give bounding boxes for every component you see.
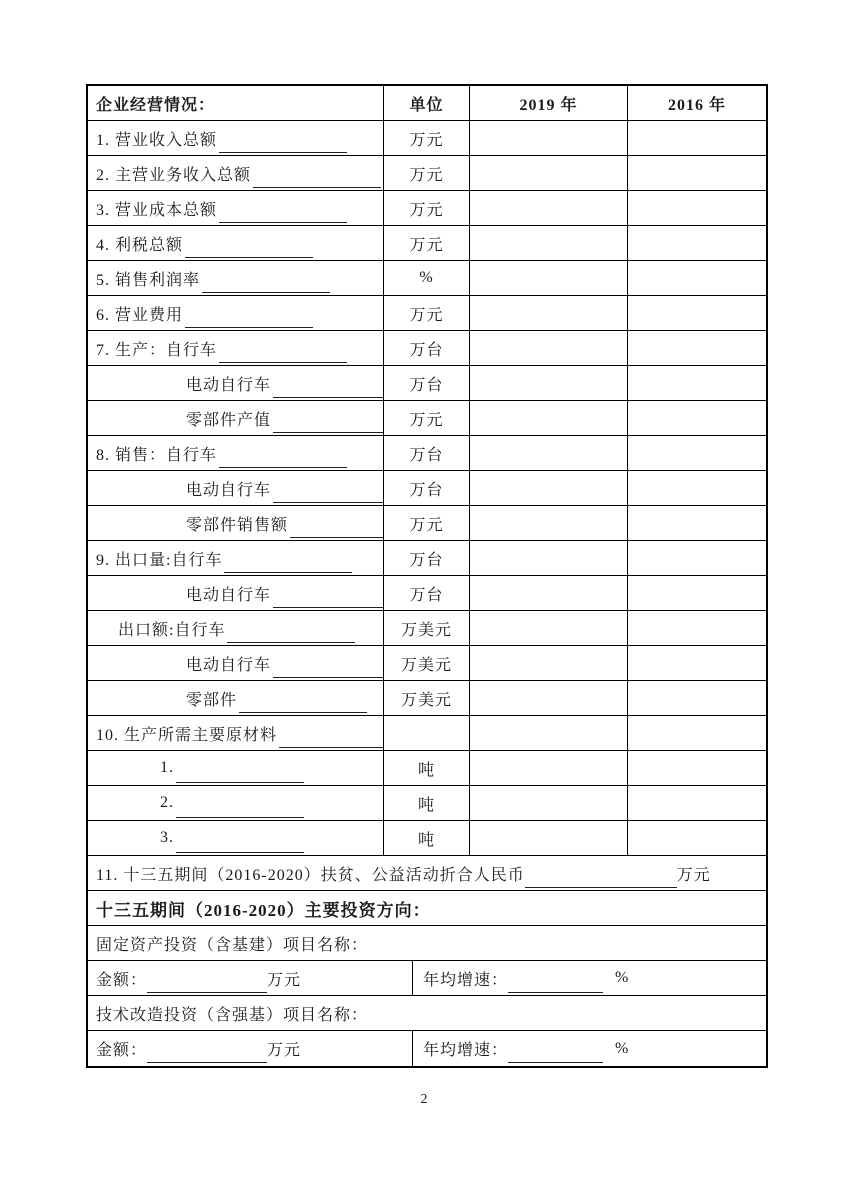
row-label: 10. 生产所需主要原材料 — [96, 722, 277, 745]
row-label: 3. 营业成本总额 — [96, 197, 217, 220]
fill-in-line — [290, 523, 384, 538]
row-label-cell: 9. 出口量:自行车 — [88, 541, 384, 575]
row-unit: 万台 — [384, 541, 470, 575]
row-unit: 万美元 — [384, 646, 470, 680]
value-2016-cell — [628, 646, 766, 680]
value-2016-cell — [628, 611, 766, 645]
value-2016-cell — [628, 191, 766, 225]
growth-label: 年均增速： — [423, 1037, 508, 1060]
table-header-row: 企业经营情况： 单位 2019 年 2016 年 — [88, 86, 766, 121]
fill-in-line — [279, 733, 384, 748]
row-label-cell: 1. — [88, 751, 384, 785]
fill-in-line — [202, 278, 330, 293]
amount-cell: 金额： 万元 — [88, 961, 413, 995]
value-2019-cell — [470, 156, 628, 190]
project-name-row: 技术改造投资（含强基）项目名称： — [88, 996, 766, 1031]
column-header-2019: 2019 年 — [470, 86, 628, 120]
growth-cell: 年均增速： % — [413, 1031, 766, 1066]
row-label-cell: 零部件销售额 — [88, 506, 384, 540]
table-row: 2. 吨 — [88, 786, 766, 821]
amount-fill-in-line — [147, 1048, 267, 1063]
fill-in-line — [176, 838, 304, 853]
amount-fill-in-line — [147, 978, 267, 993]
table-row: 1. 营业收入总额 万元 — [88, 121, 766, 156]
value-2019-cell — [470, 436, 628, 470]
growth-cell: 年均增速： % — [413, 961, 766, 995]
fill-in-line — [219, 348, 347, 363]
row-unit: 万元 — [384, 121, 470, 155]
row-label-cell: 零部件产值 — [88, 401, 384, 435]
fill-in-line — [185, 243, 313, 258]
row-label: 1. — [160, 759, 174, 777]
row-unit: 万台 — [384, 436, 470, 470]
row-label: 电动自行车 — [186, 372, 271, 395]
row-label: 3. — [160, 829, 174, 847]
amount-label: 金额： — [96, 967, 147, 990]
fill-in-line — [227, 628, 355, 643]
row-label: 零部件 — [186, 687, 237, 710]
value-2019-cell — [470, 541, 628, 575]
enterprise-info-table: 企业经营情况： 单位 2019 年 2016 年 1. 营业收入总额 万元 2.… — [86, 84, 768, 1068]
value-2019-cell — [470, 331, 628, 365]
value-2016-cell — [628, 226, 766, 260]
table-row: 零部件 万美元 — [88, 681, 766, 716]
value-2016-cell — [628, 716, 766, 750]
growth-label: 年均增速： — [423, 967, 508, 990]
row-label-cell: 2. — [88, 786, 384, 820]
value-2019-cell — [470, 786, 628, 820]
row-label: 6. 营业费用 — [96, 302, 183, 325]
project-name-label: 技术改造投资（含强基）项目名称： — [88, 996, 766, 1030]
row-label-cell: 电动自行车 — [88, 471, 384, 505]
value-2016-cell — [628, 401, 766, 435]
value-2016-cell — [628, 331, 766, 365]
row-label-cell: 电动自行车 — [88, 366, 384, 400]
row-label-cell: 7. 生产：自行车 — [88, 331, 384, 365]
amount-growth-row: 金额： 万元 年均增速： % — [88, 961, 766, 996]
fill-in-line — [273, 418, 384, 433]
row-11-fill-in-line — [525, 873, 677, 888]
row-label: 电动自行车 — [186, 477, 271, 500]
row-label: 7. 生产：自行车 — [96, 337, 217, 360]
page-number: 2 — [0, 1092, 848, 1108]
fill-in-line — [253, 173, 381, 188]
value-2019-cell — [470, 366, 628, 400]
value-2019-cell — [470, 261, 628, 295]
row-label: 1. 营业收入总额 — [96, 127, 217, 150]
row-label-cell: 3. — [88, 821, 384, 855]
amount-unit: 万元 — [267, 967, 301, 990]
row-unit: 吨 — [384, 786, 470, 820]
row-label-cell: 4. 利税总额 — [88, 226, 384, 260]
row-11-unit: 万元 — [677, 862, 711, 885]
table-row: 电动自行车 万台 — [88, 576, 766, 611]
value-2016-cell — [628, 471, 766, 505]
row-unit: 万元 — [384, 506, 470, 540]
row-unit: 万台 — [384, 366, 470, 400]
row-label-cell: 3. 营业成本总额 — [88, 191, 384, 225]
value-2019-cell — [470, 506, 628, 540]
value-2019-cell — [470, 226, 628, 260]
row-unit: 万元 — [384, 226, 470, 260]
row-label-cell: 2. 主营业务收入总额 — [88, 156, 384, 190]
row-label: 电动自行车 — [186, 582, 271, 605]
row-label-cell: 电动自行车 — [88, 646, 384, 680]
amount-growth-row: 金额： 万元 年均增速： % — [88, 1031, 766, 1066]
row-label: 5. 销售利润率 — [96, 267, 200, 290]
table-row: 出口额:自行车 万美元 — [88, 611, 766, 646]
table-row: 3. 营业成本总额 万元 — [88, 191, 766, 226]
row-unit: 万台 — [384, 471, 470, 505]
row-label: 9. 出口量:自行车 — [96, 547, 222, 570]
value-2019-cell — [470, 821, 628, 855]
row-label-cell: 出口额:自行车 — [88, 611, 384, 645]
table-row: 9. 出口量:自行车 万台 — [88, 541, 766, 576]
fill-in-line — [176, 803, 304, 818]
fill-in-line — [273, 663, 384, 678]
value-2019-cell — [470, 611, 628, 645]
fill-in-line — [219, 453, 347, 468]
value-2016-cell — [628, 366, 766, 400]
fill-in-line — [219, 138, 347, 153]
row-label-cell: 零部件 — [88, 681, 384, 715]
fill-in-line — [273, 488, 384, 503]
row-label-cell: 6. 营业费用 — [88, 296, 384, 330]
value-2016-cell — [628, 541, 766, 575]
table-row: 6. 营业费用 万元 — [88, 296, 766, 331]
value-2016-cell — [628, 821, 766, 855]
row-unit: % — [384, 261, 470, 295]
growth-percent: % — [615, 1040, 629, 1058]
row-unit: 万美元 — [384, 681, 470, 715]
growth-fill-in-line — [508, 1048, 603, 1063]
fill-in-line — [239, 698, 367, 713]
value-2016-cell — [628, 576, 766, 610]
table-row: 零部件产值 万元 — [88, 401, 766, 436]
row-unit: 万台 — [384, 331, 470, 365]
row-unit: 吨 — [384, 751, 470, 785]
value-2016-cell — [628, 786, 766, 820]
table-row: 电动自行车 万台 — [88, 366, 766, 401]
table-row: 2. 主营业务收入总额 万元 — [88, 156, 766, 191]
fill-in-line — [273, 593, 384, 608]
row-11-label: 11. 十三五期间（2016-2020）扶贫、公益活动折合人民币 — [96, 862, 525, 885]
value-2016-cell — [628, 296, 766, 330]
fill-in-line — [185, 313, 313, 328]
table-row: 零部件销售额 万元 — [88, 506, 766, 541]
fill-in-line — [219, 208, 347, 223]
row-unit: 吨 — [384, 821, 470, 855]
fill-in-line — [176, 768, 304, 783]
value-2019-cell — [470, 716, 628, 750]
row-label-cell: 电动自行车 — [88, 576, 384, 610]
table-row: 5. 销售利润率 % — [88, 261, 766, 296]
column-header-2016: 2016 年 — [628, 86, 766, 120]
project-name-label: 固定资产投资（含基建）项目名称： — [88, 926, 766, 960]
value-2016-cell — [628, 751, 766, 785]
row-label: 出口额:自行车 — [118, 617, 225, 640]
row-unit: 万元 — [384, 401, 470, 435]
column-header-title: 企业经营情况： — [88, 86, 384, 120]
project-name-row: 固定资产投资（含基建）项目名称： — [88, 926, 766, 961]
value-2016-cell — [628, 681, 766, 715]
amount-cell: 金额： 万元 — [88, 1031, 413, 1066]
table-row: 1. 吨 — [88, 751, 766, 786]
table-row: 4. 利税总额 万元 — [88, 226, 766, 261]
value-2019-cell — [470, 681, 628, 715]
growth-percent: % — [615, 969, 629, 987]
row-label: 4. 利税总额 — [96, 232, 183, 255]
row-unit: 万元 — [384, 296, 470, 330]
row-label-cell: 1. 营业收入总额 — [88, 121, 384, 155]
value-2019-cell — [470, 191, 628, 225]
table-row: 10. 生产所需主要原材料 — [88, 716, 766, 751]
row-label: 2. 主营业务收入总额 — [96, 162, 251, 185]
row-unit — [384, 716, 470, 750]
value-2019-cell — [470, 646, 628, 680]
investment-section-title-row: 十三五期间（2016-2020）主要投资方向： — [88, 891, 766, 926]
row-unit: 万元 — [384, 156, 470, 190]
value-2016-cell — [628, 156, 766, 190]
row-label: 8. 销售：自行车 — [96, 442, 217, 465]
value-2019-cell — [470, 471, 628, 505]
amount-label: 金额： — [96, 1037, 147, 1060]
table-row: 8. 销售：自行车 万台 — [88, 436, 766, 471]
row-label: 2. — [160, 794, 174, 812]
value-2019-cell — [470, 751, 628, 785]
growth-fill-in-line — [508, 978, 603, 993]
row-11-cell: 11. 十三五期间（2016-2020）扶贫、公益活动折合人民币 万元 — [88, 856, 766, 890]
row-unit: 万美元 — [384, 611, 470, 645]
investment-section-title: 十三五期间（2016-2020）主要投资方向： — [88, 891, 766, 925]
row-label-cell: 8. 销售：自行车 — [88, 436, 384, 470]
row-label: 电动自行车 — [186, 652, 271, 675]
fill-in-line — [224, 558, 352, 573]
value-2016-cell — [628, 436, 766, 470]
value-2019-cell — [470, 121, 628, 155]
row-label: 零部件销售额 — [186, 512, 288, 535]
row-label: 零部件产值 — [186, 407, 271, 430]
row-unit: 万台 — [384, 576, 470, 610]
value-2016-cell — [628, 121, 766, 155]
column-header-unit: 单位 — [384, 86, 470, 120]
value-2019-cell — [470, 576, 628, 610]
row-unit: 万元 — [384, 191, 470, 225]
value-2016-cell — [628, 506, 766, 540]
table-row: 电动自行车 万台 — [88, 471, 766, 506]
amount-unit: 万元 — [267, 1037, 301, 1060]
fill-in-line — [273, 383, 384, 398]
table-row: 3. 吨 — [88, 821, 766, 856]
row-label-cell: 5. 销售利润率 — [88, 261, 384, 295]
table-row: 电动自行车 万美元 — [88, 646, 766, 681]
table-row: 7. 生产：自行车 万台 — [88, 331, 766, 366]
value-2019-cell — [470, 296, 628, 330]
row-11: 11. 十三五期间（2016-2020）扶贫、公益活动折合人民币 万元 — [88, 856, 766, 891]
value-2019-cell — [470, 401, 628, 435]
row-label-cell: 10. 生产所需主要原材料 — [88, 716, 384, 750]
value-2016-cell — [628, 261, 766, 295]
